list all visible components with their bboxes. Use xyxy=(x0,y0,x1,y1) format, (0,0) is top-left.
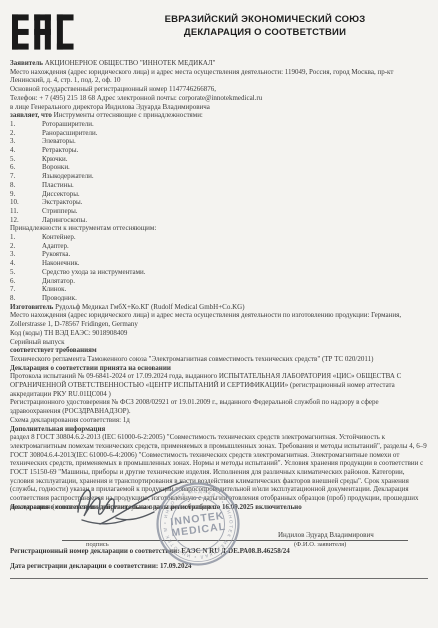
list-item: 7.Языкодержатели. xyxy=(10,172,428,181)
applicant-representative: в лице Генерального директора Индилова Э… xyxy=(10,103,428,112)
registration-certificate-line: Регистрационного удостоверения № ФСЗ 200… xyxy=(10,398,428,415)
list-item: 3.Рукоятка. xyxy=(10,250,428,259)
signer-name: Индилов Эдуард Владимирович xyxy=(278,531,374,540)
list-item-text: Ретракторы. xyxy=(42,146,78,155)
list-item: 3.Элеваторы. xyxy=(10,137,428,146)
list-item: 5.Крючки. xyxy=(10,155,428,164)
signature-caption: подпись xyxy=(86,541,109,550)
list-item-text: Проводник. xyxy=(42,294,77,303)
list-item-text: Диссекторы. xyxy=(42,190,80,199)
declaration-document: ЕВРАЗИЙСКИЙ ЭКОНОМИЧЕСКИЙ СОЮЗ ДЕКЛАРАЦИ… xyxy=(0,0,438,628)
list-item: 12.Ларингоскопы. xyxy=(10,216,428,225)
list-item-number: 4. xyxy=(10,259,42,268)
list-item-number: 6. xyxy=(10,277,42,286)
basis-heading: Декларация о соответствии принята на осн… xyxy=(10,364,428,373)
list-item-text: Ларингоскопы. xyxy=(42,216,87,225)
list-item-text: Адаптер. xyxy=(42,242,69,251)
list-item-number: 8. xyxy=(10,181,42,190)
manufacturer-address: Место нахождения (адрес юридического лиц… xyxy=(10,311,428,328)
list-item-text: Ранорасширители. xyxy=(42,129,98,138)
document-header: ЕВРАЗИЙСКИЙ ЭКОНОМИЧЕСКИЙ СОЮЗ ДЕКЛАРАЦИ… xyxy=(0,0,438,54)
list-item-number: 8. xyxy=(10,294,42,303)
list-item: 9.Диссекторы. xyxy=(10,190,428,199)
list-item-text: Стрипперы. xyxy=(42,207,78,216)
declaration-title: ДЕКЛАРАЦИЯ О СООТВЕТСТВИИ xyxy=(108,26,422,39)
list-item-text: Крючки. xyxy=(42,155,68,164)
product-list: 1.Ротораширители. 2.Ранорасширители. 3.Э… xyxy=(10,120,428,224)
list-item-text: Экстракторы. xyxy=(42,198,82,207)
list-item-number: 2. xyxy=(10,129,42,138)
declares-rest: Инструменты оттесняющие с принадлежностя… xyxy=(52,111,203,119)
list-item: 8.Пластины. xyxy=(10,181,428,190)
list-item: 10.Экстракторы. xyxy=(10,198,428,207)
list-item-text: Контейнер. xyxy=(42,233,76,242)
list-item-number: 1. xyxy=(10,233,42,242)
list-item-number: 10. xyxy=(10,198,42,207)
handwritten-signature xyxy=(70,478,220,530)
document-title: ЕВРАЗИЙСКИЙ ЭКОНОМИЧЕСКИЙ СОЮЗ ДЕКЛАРАЦИ… xyxy=(74,10,426,39)
reg-date-label: Дата регистрации декларации о соответств… xyxy=(10,562,158,570)
scheme-line: Схема декларирования соответствия: 1д xyxy=(10,416,428,425)
manufacturer-label: Изготовитель xyxy=(10,303,53,311)
list-item-number: 3. xyxy=(10,137,42,146)
applicant-ogrn: Основной государственный регистрационный… xyxy=(10,85,428,94)
list-item-number: 7. xyxy=(10,172,42,181)
list-item: 2.Ранорасширители. xyxy=(10,129,428,138)
list-item-number: 7. xyxy=(10,285,42,294)
list-item: 6.Дилятатор. xyxy=(10,277,428,286)
list-item-text: Клинок. xyxy=(42,285,66,294)
bottom-rule xyxy=(10,578,428,579)
list-item: 4.Наконечник. xyxy=(10,259,428,268)
list-item-number: 5. xyxy=(10,268,42,277)
list-item-number: 4. xyxy=(10,146,42,155)
list-item: 5.Средство ухода за инструментами. xyxy=(10,268,428,277)
list-item-text: Ротораширители. xyxy=(42,120,94,129)
list-item-text: Средство ухода за инструментами. xyxy=(42,268,146,277)
list-item: 1.Ротораширители. xyxy=(10,120,428,129)
list-item-text: Пластины. xyxy=(42,181,74,190)
eac-logo-icon xyxy=(12,12,74,52)
list-item: 8.Проводник. xyxy=(10,294,428,303)
list-item: 2.Адаптер. xyxy=(10,242,428,251)
list-item-text: Рукоятка. xyxy=(42,250,70,259)
list-item-text: Элеваторы. xyxy=(42,137,76,146)
declares-label: заявляет, что xyxy=(10,111,52,119)
list-item: 4.Ретракторы. xyxy=(10,146,428,155)
list-item: 7.Клинок. xyxy=(10,285,428,294)
accessories-list: 1.Контейнер. 2.Адаптер. 3.Рукоятка. 4.На… xyxy=(10,233,428,303)
list-item-number: 5. xyxy=(10,155,42,164)
accessories-heading: Принадлежности к инструментам оттесняющи… xyxy=(10,224,428,233)
list-item-number: 9. xyxy=(10,190,42,199)
list-item-number: 6. xyxy=(10,163,42,172)
applicant-line: Заявитель АКЦИОНЕРНОЕ ОБЩЕСТВО "ИННОТЕК … xyxy=(10,59,428,68)
applicant-name: АКЦИОНЕРНОЕ ОБЩЕСТВО "ИННОТЕК МЕДИКАЛ" xyxy=(43,59,216,67)
manufacturer-line: Изготовитель Рудольф Медикал ГмбХ+Ко.КГ … xyxy=(10,303,428,312)
applicant-address: Место нахождения (адрес юридического лиц… xyxy=(10,68,428,85)
document-body: Заявитель АКЦИОНЕРНОЕ ОБЩЕСТВО "ИННОТЕК … xyxy=(0,54,438,512)
list-item-number: 12. xyxy=(10,216,42,225)
test-protocol-line: Протокола испытаний № 09-6841-2024 от 17… xyxy=(10,372,428,398)
signer-caption: (Ф.И.О. заявителя) xyxy=(294,541,346,550)
additional-info-heading: Дополнительная информация xyxy=(10,425,428,434)
list-item: 1.Контейнер. xyxy=(10,233,428,242)
regulation-line: Технического регламента Таможенного союз… xyxy=(10,355,428,364)
list-item-text: Языкодержатели. xyxy=(42,172,94,181)
list-item-number: 2. xyxy=(10,242,42,251)
list-item-text: Воронки. xyxy=(42,163,70,172)
list-item-text: Наконечник. xyxy=(42,259,80,268)
list-item-number: 11. xyxy=(10,207,42,216)
meets-requirements-heading: соответствует требованиям xyxy=(10,346,428,355)
list-item-number: 3. xyxy=(10,250,42,259)
list-item: 6.Воронки. xyxy=(10,163,428,172)
applicant-contacts: Телефон: + 7 (495) 215 18 68 Адрес элект… xyxy=(10,94,428,103)
list-item-number: 1. xyxy=(10,120,42,129)
list-item-text: Дилятатор. xyxy=(42,277,75,286)
manufacturer-name: Рудольф Медикал ГмбХ+Ко.КГ (Rudolf Medic… xyxy=(53,303,244,311)
tnved-code-line: Код (коды) ТН ВЭД ЕАЭС: 9018908409 xyxy=(10,329,428,338)
list-item: 11.Стрипперы. xyxy=(10,207,428,216)
applicant-label: Заявитель xyxy=(10,59,43,67)
union-title: ЕВРАЗИЙСКИЙ ЭКОНОМИЧЕСКИЙ СОЮЗ xyxy=(108,13,422,26)
serial-release-line: Серийный выпуск xyxy=(10,338,428,347)
declares-line: заявляет, что Инструменты оттесняющие с … xyxy=(10,111,428,120)
